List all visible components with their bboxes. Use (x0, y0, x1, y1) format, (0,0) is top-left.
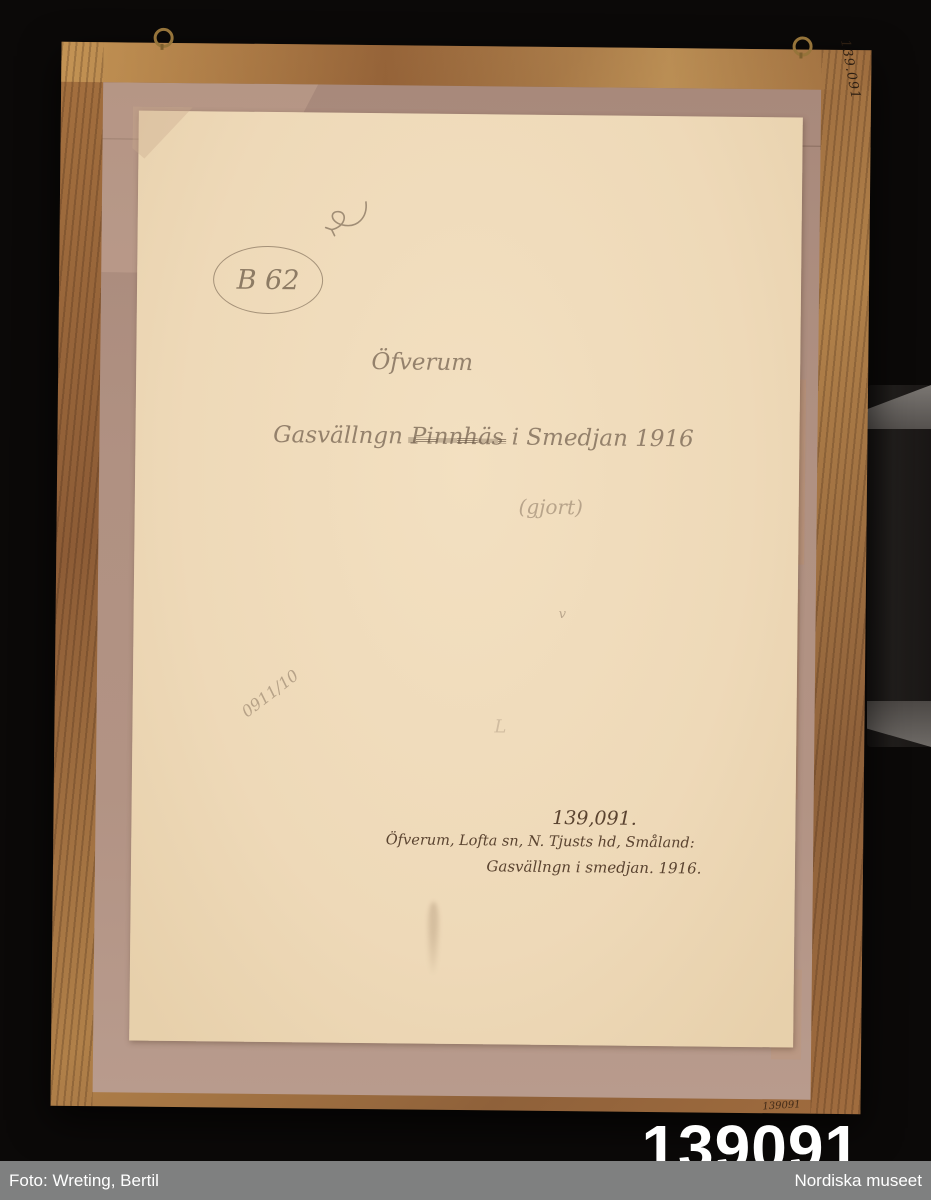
pencil-caption: GasvällngnPinnhäsi Smedjan 1916 (273, 422, 694, 452)
pencil-caption-struck-word: Pinnhäs (411, 423, 504, 450)
pencil-caption-end: i Smedjan 1916 (512, 425, 694, 453)
ink-location-line: Öfverum, Lofta sn, N. Tjusts hd, Småland… (386, 832, 695, 851)
paper-stain (426, 902, 441, 974)
backing-board: B 62 Öfverum GasvällngnPinnhäsi Smedjan … (93, 82, 822, 1099)
pencil-circled-code: B 62 (213, 245, 324, 314)
easel-clamp (867, 385, 931, 747)
museum-name: Nordiska museet (794, 1171, 922, 1191)
ink-catalogue-number: 139,091. (552, 807, 637, 830)
pencil-arrow-doodle (317, 198, 369, 245)
caption-bar: Foto: Wreting, Bertil Nordiska museet (0, 1161, 931, 1200)
hanging-ring-icon (792, 36, 812, 56)
clamp-pad (867, 385, 931, 747)
ink-caption-line: Gasvällngn i smedjan. 1916. (486, 857, 701, 877)
pencil-title: Öfverum (371, 349, 473, 376)
hanging-ring-icon (154, 28, 174, 48)
paper-corner-tear (132, 107, 193, 160)
backing-paper: B 62 Öfverum GasvällngnPinnhäsi Smedjan … (129, 111, 803, 1048)
museum-photo-stage: 139.091 139091 B 62 Öfverum GasvällngnPi… (0, 0, 931, 1200)
pencil-caption-start: Gasvällngn (273, 422, 403, 449)
photographer-credit: Foto: Wreting, Bertil (9, 1171, 159, 1191)
pencil-note: (gjort) (519, 495, 583, 520)
picture-frame-back: 139.091 139091 B 62 Öfverum GasvällngnPi… (50, 42, 871, 1114)
pencil-corner-mark: L (494, 716, 506, 737)
pencil-tick-mark: v (559, 607, 567, 622)
frame-bottom-inventory-number: 139091 (762, 1099, 801, 1112)
pencil-fraction: 0911/10 (238, 666, 302, 721)
